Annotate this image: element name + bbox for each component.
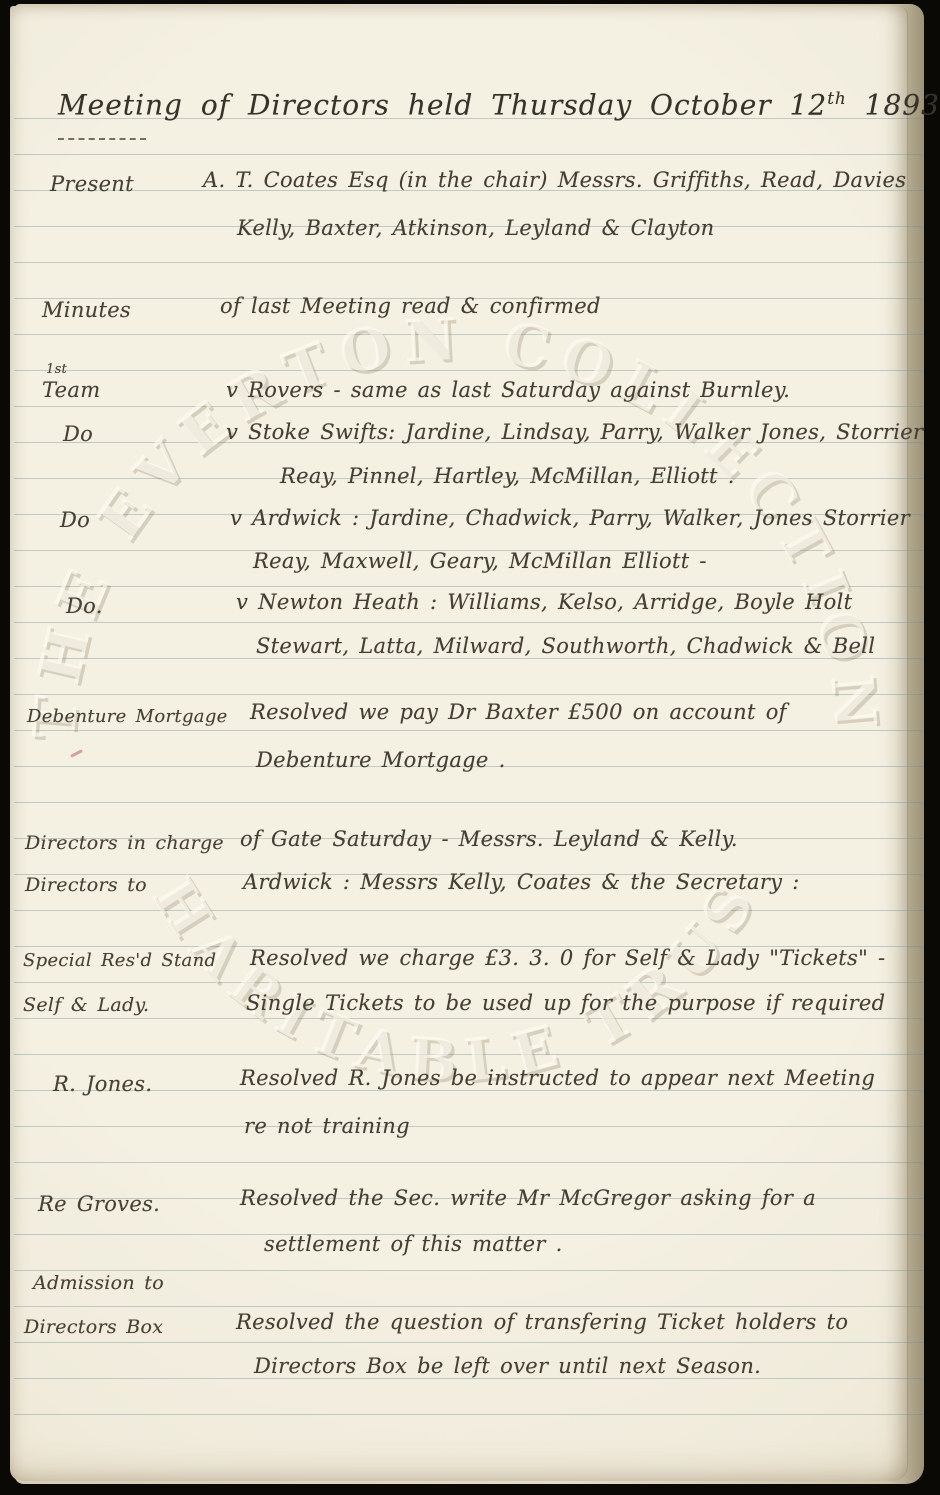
margin-label: Directors to	[25, 874, 147, 896]
heading-word-meeting: Meeting	[58, 88, 183, 121]
margin-label: Special Res'd Stand	[23, 950, 216, 971]
entry-line: Reay, Maxwell, Geary, McMillan Elliott -	[253, 549, 707, 573]
entry-line: Resolved we pay Dr Baxter £500 on accoun…	[250, 700, 787, 724]
heading-middle: of Directors held Thursday October 12	[201, 88, 827, 121]
entry-line: re not training	[244, 1114, 410, 1138]
heading-year: 1893 .	[865, 88, 940, 121]
margin-label: Debenture Mortgage	[27, 706, 228, 727]
entry-line: Reay, Pinnel, Hartley, McMillan, Elliott…	[280, 464, 735, 488]
margin-label: Directors in charge	[25, 832, 224, 854]
entry-line: Debenture Mortgage .	[256, 748, 506, 772]
margin-label: Do.	[66, 594, 103, 618]
heading-dashed-underline	[58, 138, 146, 140]
entry-line: settlement of this matter .	[264, 1232, 563, 1256]
entry-line: Directors Box be left over until next Se…	[254, 1354, 761, 1378]
page-heading: Meeting of Directors held Thursday Octob…	[58, 88, 940, 121]
margin-label: Do	[60, 508, 90, 532]
margin-label: Present	[50, 172, 134, 196]
entry-line: of Gate Saturday - Messrs. Leyland & Kel…	[240, 827, 738, 851]
margin-label: Team	[42, 378, 100, 402]
entry-line: v Stoke Swifts: Jardine, Lindsay, Parry,…	[226, 420, 923, 444]
margin-label: Minutes	[42, 298, 131, 322]
entry-line: Resolved the Sec. write Mr McGregor aski…	[240, 1186, 816, 1210]
entry-line: Resolved R. Jones be instructed to appea…	[240, 1066, 875, 1090]
entry-line: of last Meeting read & confirmed	[220, 294, 601, 318]
margin-label: R. Jones.	[53, 1072, 152, 1096]
entry-line: Ardwick : Messrs Kelly, Coates & the Sec…	[243, 870, 800, 894]
margin-label-line2: Directors Box	[24, 1316, 163, 1338]
margin-label-line2: Self & Lady.	[23, 994, 149, 1016]
margin-label: Admission to	[33, 1272, 164, 1294]
entry-line: Resolved we charge £3. 3. 0 for Self & L…	[250, 946, 885, 970]
heading-ordinal-suffix: th	[827, 88, 847, 108]
entry-line: Stewart, Latta, Milward, Southworth, Cha…	[256, 634, 875, 658]
margin-label: Do	[63, 422, 93, 446]
entry-line: Resolved the question of transfering Tic…	[236, 1310, 848, 1334]
margin-label: Re Groves.	[38, 1192, 160, 1216]
entry-line: A. T. Coates Esq (in the chair) Messrs. …	[203, 168, 906, 192]
minute-book-scan: THE EVERTON COLLECTION CHARITABLE TRUST …	[0, 0, 940, 1495]
entry-line: Single Tickets to be used up for the pur…	[246, 991, 885, 1015]
entry-line: v Ardwick : Jardine, Chadwick, Parry, Wa…	[230, 506, 910, 530]
entry-line: v Rovers - same as last Saturday against…	[226, 378, 790, 402]
entry-line: Kelly, Baxter, Atkinson, Leyland & Clayt…	[237, 216, 715, 240]
entry-line: v Newton Heath : Williams, Kelso, Arridg…	[236, 590, 852, 614]
margin-label-superscript: 1st	[46, 362, 67, 377]
